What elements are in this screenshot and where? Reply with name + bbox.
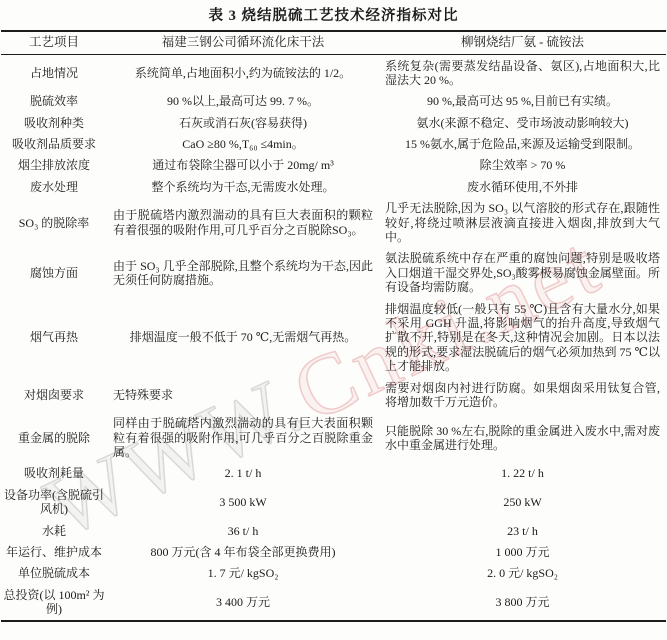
liugang-cell: 除尘效率 > 70 % xyxy=(379,155,666,176)
row-item-label: 吸收剂品质要求 xyxy=(1,134,107,155)
row-item-label: 单位脱硫成本 xyxy=(1,563,107,584)
table-row: 腐蚀方面由于 SO₃ 几乎全部脱除,且整个系统均为干态,因此无须任何防腐措施。氨… xyxy=(1,248,666,298)
table-row: 废水处理整个系统均为干态,无需废水处理。废水循环使用,不外排 xyxy=(1,176,666,197)
table-row: 单位脱硫成本1. 7 元/ kgSO₂2. 0 元/ kgSO₂ xyxy=(1,563,666,584)
comparison-table: 工艺项目 福建三钢公司循环流化床干法 柳钢烧结厂氨 - 硫铵法 占地情况系统简单… xyxy=(1,30,666,622)
row-item-label: 重金属的脱除 xyxy=(1,413,107,463)
liugang-cell: 1. 22 t/ h xyxy=(379,463,666,484)
table-row: 占地情况系统简单,占地面积小,约为硫铵法的 1/2。系统复杂(需要蒸发结晶设备、… xyxy=(1,55,666,91)
liugang-cell: 氨法脱硫系统中存在严重的腐蚀问题,特别是吸收塔入口烟道干湿交界处,SO₃酸雾极易… xyxy=(379,248,666,298)
fujian-cell: 800 万元(含 4 年布袋全部更换费用) xyxy=(107,542,379,563)
fujian-cell: 36 t/ h xyxy=(107,520,379,541)
row-item-label: 烟气再热 xyxy=(1,298,107,377)
row-item-label: 年运行、维护成本 xyxy=(1,542,107,563)
liugang-cell: 排烟温度较低(一般只有 55 ℃)且含有大量水分,如果不采用 GGH 升温,将影… xyxy=(379,298,666,377)
liugang-cell: 1 000 万元 xyxy=(379,542,666,563)
fujian-cell: 2. 1 t/ h xyxy=(107,463,379,484)
liugang-cell: 2. 0 元/ kgSO₂ xyxy=(379,563,666,584)
table-row: 设备功率(含脱硫引风机)3 500 kW250 kW xyxy=(1,484,666,520)
row-item-label: 吸收剂耗量 xyxy=(1,463,107,484)
liugang-cell: 系统复杂(需要蒸发结晶设备、氨区),占地面积大,比湿法大 20 %。 xyxy=(379,55,666,91)
liugang-cell: 几乎无法脱除,因为 SO₃ 以气溶胶的形式存在,跟随性较好,将绕过喷淋层液滴直接… xyxy=(379,198,666,248)
row-item-label: SO₃ 的脱除率 xyxy=(1,198,107,248)
table-row: SO₃ 的脱除率由于脱硫塔内激烈湍动的具有巨大表面积的颗粒有着很强的吸附作用,可… xyxy=(1,198,666,248)
liugang-cell: 3 800 万元 xyxy=(379,584,666,621)
header-row: 工艺项目 福建三钢公司循环流化床干法 柳钢烧结厂氨 - 硫铵法 xyxy=(1,31,666,55)
liugang-cell: 23 t/ h xyxy=(379,520,666,541)
liugang-cell: 15 %氨水,属于危险品,来源及运输受到限制。 xyxy=(379,134,666,155)
table-title: 表 3 烧结脱硫工艺技术经济指标对比 xyxy=(0,4,667,25)
fujian-cell: 系统简单,占地面积小,约为硫铵法的 1/2。 xyxy=(107,55,379,91)
table-row: 年运行、维护成本800 万元(含 4 年布袋全部更换费用)1 000 万元 xyxy=(1,542,666,563)
row-item-label: 腐蚀方面 xyxy=(1,248,107,298)
header-fujian-method: 福建三钢公司循环流化床干法 xyxy=(107,31,379,55)
fujian-cell: 90 %以上,最高可达 99. 7 %。 xyxy=(107,91,379,112)
fujian-cell: 排烟温度一般不低于 70 ℃,无需烟气再热。 xyxy=(107,298,379,377)
fujian-cell: 由于 SO₃ 几乎全部脱除,且整个系统均为干态,因此无须任何防腐措施。 xyxy=(107,248,379,298)
liugang-cell: 90 %,最高可达 95 %,目前已有实绩。 xyxy=(379,91,666,112)
row-item-label: 总投资(以 100m² 为例) xyxy=(1,584,107,621)
table-row: 水耗36 t/ h23 t/ h xyxy=(1,520,666,541)
table-row: 吸收剂耗量2. 1 t/ h1. 22 t/ h xyxy=(1,463,666,484)
table-row: 重金属的脱除同样由于脱硫塔内激烈湍动的具有巨大表面积颗粒有着很强的吸附作用,可几… xyxy=(1,413,666,463)
row-item-label: 烟尘排放浓度 xyxy=(1,155,107,176)
row-item-label: 脱硫效率 xyxy=(1,91,107,112)
liugang-cell: 废水循环使用,不外排 xyxy=(379,176,666,197)
row-item-label: 废水处理 xyxy=(1,176,107,197)
fujian-cell: 由于脱硫塔内激烈湍动的具有巨大表面积的颗粒有着很强的吸附作用,可几乎百分之百脱除… xyxy=(107,198,379,248)
table-row: 总投资(以 100m² 为例)3 400 万元3 800 万元 xyxy=(1,584,666,621)
row-item-label: 对烟囱要求 xyxy=(1,377,107,413)
fujian-cell: 1. 7 元/ kgSO₂ xyxy=(107,563,379,584)
header-process-item: 工艺项目 xyxy=(1,31,107,55)
fujian-cell: 通过布袋除尘器可以小于 20mg/ m³ xyxy=(107,155,379,176)
table-row: 吸收剂种类石灰或消石灰(容易获得)氨水(来源不稳定、受市场波动影响较大) xyxy=(1,112,666,133)
fujian-cell: 石灰或消石灰(容易获得) xyxy=(107,112,379,133)
liugang-cell: 只能脱除 30 %左右,脱除的重金属进入废水中,需对废水中重金属进行处理。 xyxy=(379,413,666,463)
row-item-label: 设备功率(含脱硫引风机) xyxy=(1,484,107,520)
fujian-cell: CaO ≥80 %,T₆₀ ≤4min。 xyxy=(107,134,379,155)
fujian-cell: 同样由于脱硫塔内激烈湍动的具有巨大表面积颗粒有着很强的吸附作用,可几乎百分之百脱… xyxy=(107,413,379,463)
row-item-label: 水耗 xyxy=(1,520,107,541)
header-liugang-method: 柳钢烧结厂氨 - 硫铵法 xyxy=(379,31,666,55)
table-row: 烟尘排放浓度通过布袋除尘器可以小于 20mg/ m³除尘效率 > 70 % xyxy=(1,155,666,176)
fujian-cell: 无特殊要求 xyxy=(107,377,379,413)
fujian-cell: 3 400 万元 xyxy=(107,584,379,621)
row-item-label: 吸收剂种类 xyxy=(1,112,107,133)
table-body: 占地情况系统简单,占地面积小,约为硫铵法的 1/2。系统复杂(需要蒸发结晶设备、… xyxy=(1,55,666,622)
table-row: 对烟囱要求无特殊要求需要对烟囱内衬进行防腐。如果烟囱采用钛复合管,将增加数千万元… xyxy=(1,377,666,413)
fujian-cell: 3 500 kW xyxy=(107,484,379,520)
row-item-label: 占地情况 xyxy=(1,55,107,91)
table-row: 烟气再热排烟温度一般不低于 70 ℃,无需烟气再热。排烟温度较低(一般只有 55… xyxy=(1,298,666,377)
liugang-cell: 需要对烟囱内衬进行防腐。如果烟囱采用钛复合管,将增加数千万元造价。 xyxy=(379,377,666,413)
document-page: WWW.Cnki.net 表 3 烧结脱硫工艺技术经济指标对比 工艺项目 福建三… xyxy=(0,0,667,640)
fujian-cell: 整个系统均为干态,无需废水处理。 xyxy=(107,176,379,197)
liugang-cell: 250 kW xyxy=(379,484,666,520)
table-row: 脱硫效率90 %以上,最高可达 99. 7 %。90 %,最高可达 95 %,目… xyxy=(1,91,666,112)
liugang-cell: 氨水(来源不稳定、受市场波动影响较大) xyxy=(379,112,666,133)
table-row: 吸收剂品质要求CaO ≥80 %,T₆₀ ≤4min。15 %氨水,属于危险品,… xyxy=(1,134,666,155)
